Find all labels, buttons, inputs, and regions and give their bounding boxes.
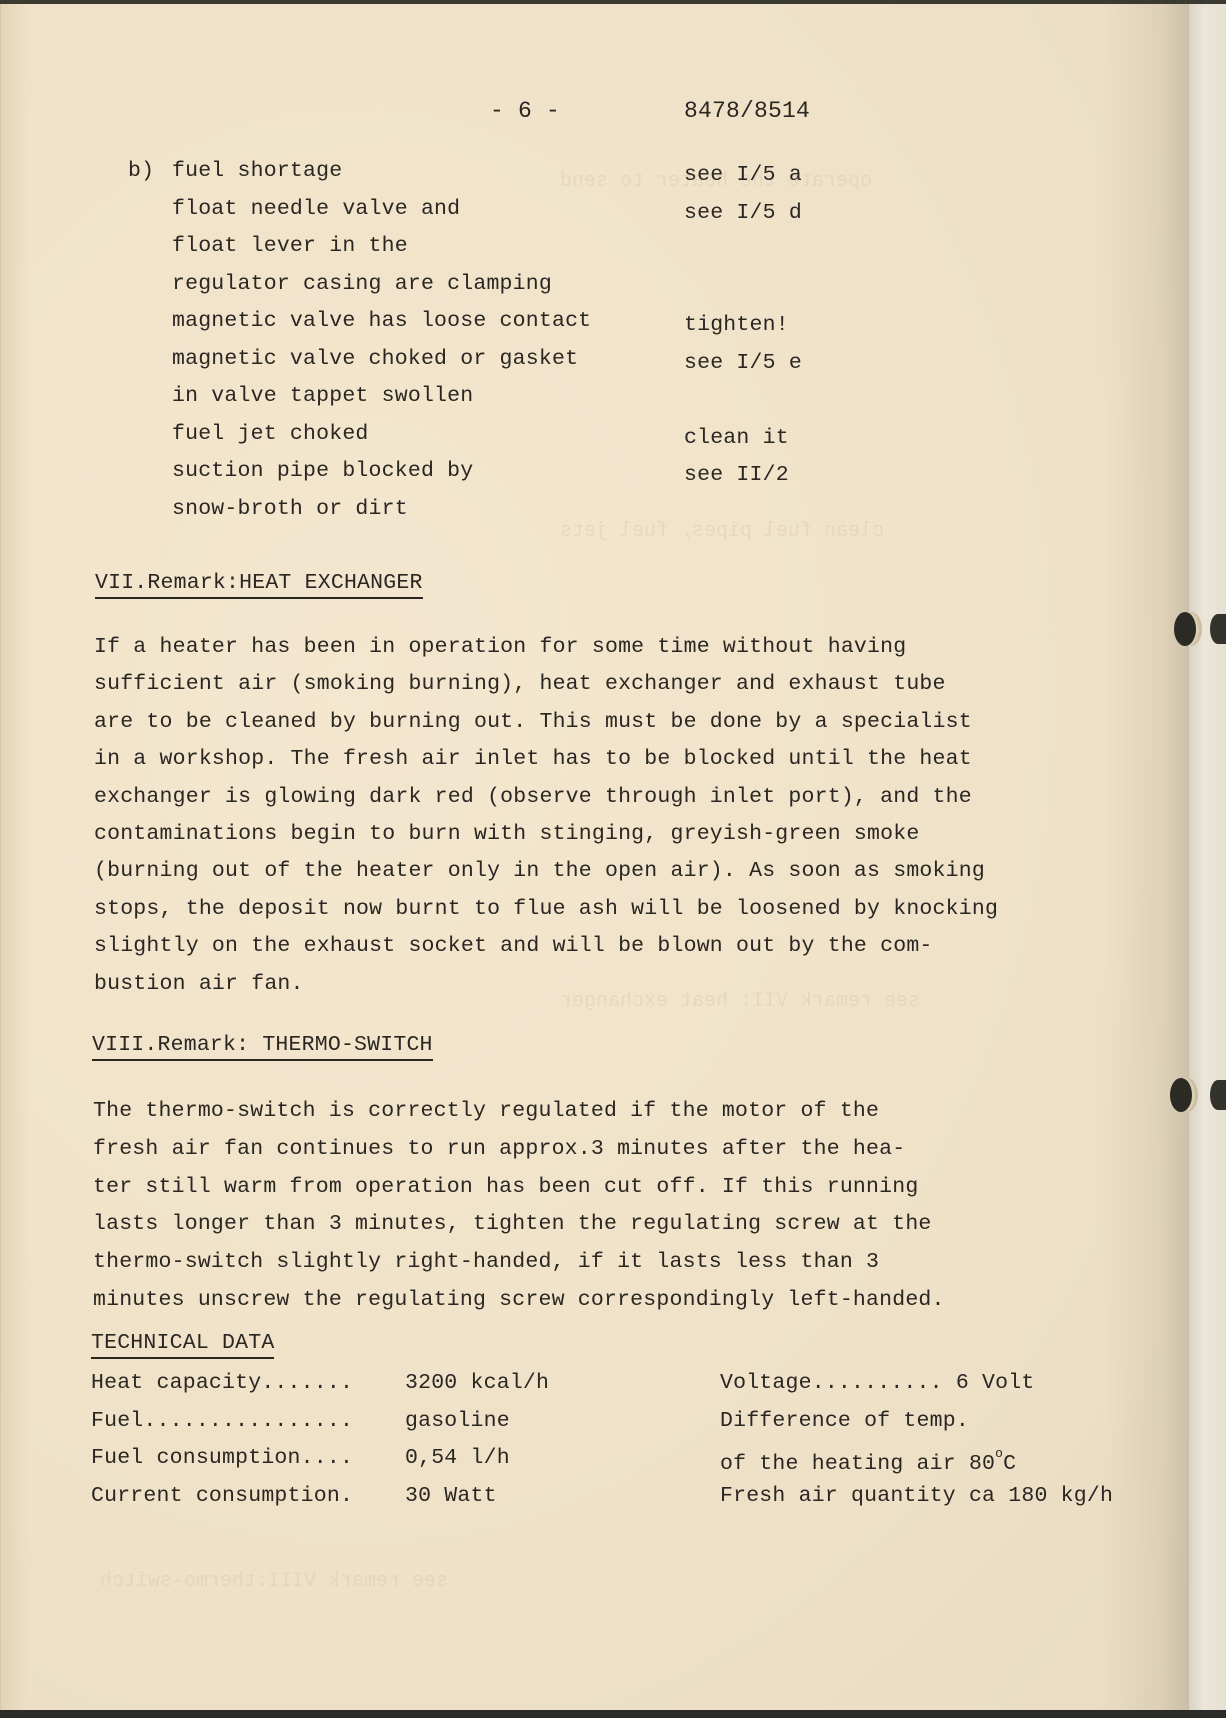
spec-label: Fuel consumption.... bbox=[91, 1445, 353, 1471]
bleed-through-text: see remark VIII:thermo-switch bbox=[100, 1570, 448, 1593]
fault-remedy: see II/2 bbox=[684, 462, 789, 488]
paragraph-line: The thermo-switch is correctly regulated… bbox=[93, 1098, 879, 1124]
fault-cause: float needle valve and bbox=[172, 196, 460, 222]
page-shadow bbox=[1100, 4, 1188, 1710]
fault-cause: magnetic valve choked or gasket bbox=[172, 346, 578, 372]
paragraph-line: ter still warm from operation has been c… bbox=[93, 1174, 918, 1200]
remark-vii-heading: VII.Remark:HEAT EXCHANGER bbox=[95, 570, 423, 599]
spec-label: Heat capacity....... bbox=[91, 1370, 353, 1396]
paragraph-line: slightly on the exhaust socket and will … bbox=[94, 933, 933, 959]
bleed-through-text: see remark VII: heat exchanger bbox=[560, 990, 920, 1013]
fault-remedy: see I/5 a bbox=[684, 162, 802, 188]
degree-symbol: o bbox=[995, 1446, 1003, 1461]
fault-cause: float lever in the bbox=[172, 233, 408, 259]
underlying-sheet bbox=[1188, 4, 1226, 1710]
paragraph-line: bustion air fan. bbox=[94, 971, 304, 997]
paragraph-line: sufficient air (smoking burning), heat e… bbox=[94, 671, 946, 697]
fault-cause: fuel jet choked bbox=[172, 421, 369, 447]
spec-line: Difference of temp. bbox=[720, 1408, 969, 1434]
spec-value: 30 Watt bbox=[405, 1483, 497, 1509]
punch-hole-icon bbox=[1210, 1080, 1226, 1110]
scan-border bbox=[0, 1710, 1226, 1718]
spec-value: 3200 kcal/h bbox=[405, 1370, 549, 1396]
paragraph-line: thermo-switch slightly right-handed, if … bbox=[93, 1249, 879, 1275]
paragraph-line: (burning out of the heater only in the o… bbox=[94, 858, 985, 884]
page-number: - 6 - bbox=[490, 98, 560, 124]
fault-cause: regulator casing are clamping bbox=[172, 271, 552, 297]
spec-line: of the heating air 80oC bbox=[720, 1445, 1016, 1477]
fault-remedy: clean it bbox=[684, 425, 789, 451]
paragraph-line: contaminations begin to burn with stingi… bbox=[94, 821, 919, 847]
remark-viii-heading: VIII.Remark: THERMO-SWITCH bbox=[92, 1032, 433, 1061]
spec-line: Voltage.......... 6 Volt bbox=[720, 1370, 1034, 1396]
fault-cause: fuel shortage bbox=[172, 158, 342, 184]
paragraph-line: minutes unscrew the regulating screw cor… bbox=[93, 1287, 945, 1313]
fault-cause: in valve tappet swollen bbox=[172, 383, 473, 409]
punch-hole-icon bbox=[1174, 612, 1196, 646]
paragraph-line: in a workshop. The fresh air inlet has t… bbox=[94, 746, 972, 772]
paragraph-line: exchanger is glowing dark red (observe t… bbox=[94, 784, 972, 810]
punch-hole-icon bbox=[1170, 1078, 1192, 1112]
bleed-through-text: clean fuel pipes, fuel jets bbox=[560, 520, 884, 543]
spec-label: Fuel................ bbox=[91, 1408, 353, 1434]
spec-value: gasoline bbox=[405, 1408, 510, 1434]
document-number: 8478/8514 bbox=[684, 98, 810, 124]
paragraph-line: lasts longer than 3 minutes, tighten the… bbox=[93, 1211, 932, 1237]
fault-cause: snow-broth or dirt bbox=[172, 496, 408, 522]
paragraph-line: fresh air fan continues to run approx.3 … bbox=[93, 1136, 905, 1162]
fault-remedy: see I/5 d bbox=[684, 200, 802, 226]
fault-cause: magnetic valve has loose contact bbox=[172, 308, 591, 334]
fault-remedy: tighten! bbox=[684, 312, 789, 338]
fault-list-label: b) bbox=[128, 158, 154, 184]
fault-remedy: see I/5 e bbox=[684, 350, 802, 376]
punch-hole-icon bbox=[1210, 614, 1226, 644]
fault-cause: suction pipe blocked by bbox=[172, 458, 473, 484]
paragraph-line: are to be cleaned by burning out. This m… bbox=[94, 709, 972, 735]
technical-data-heading: TECHNICAL DATA bbox=[91, 1330, 274, 1359]
paragraph-line: If a heater has been in operation for so… bbox=[94, 634, 906, 660]
paragraph-line: stops, the deposit now burnt to flue ash… bbox=[94, 896, 998, 922]
spec-line: Fresh air quantity ca 180 kg/h bbox=[720, 1483, 1113, 1509]
spec-value: 0,54 l/h bbox=[405, 1445, 510, 1471]
spec-label: Current consumption. bbox=[91, 1483, 353, 1509]
